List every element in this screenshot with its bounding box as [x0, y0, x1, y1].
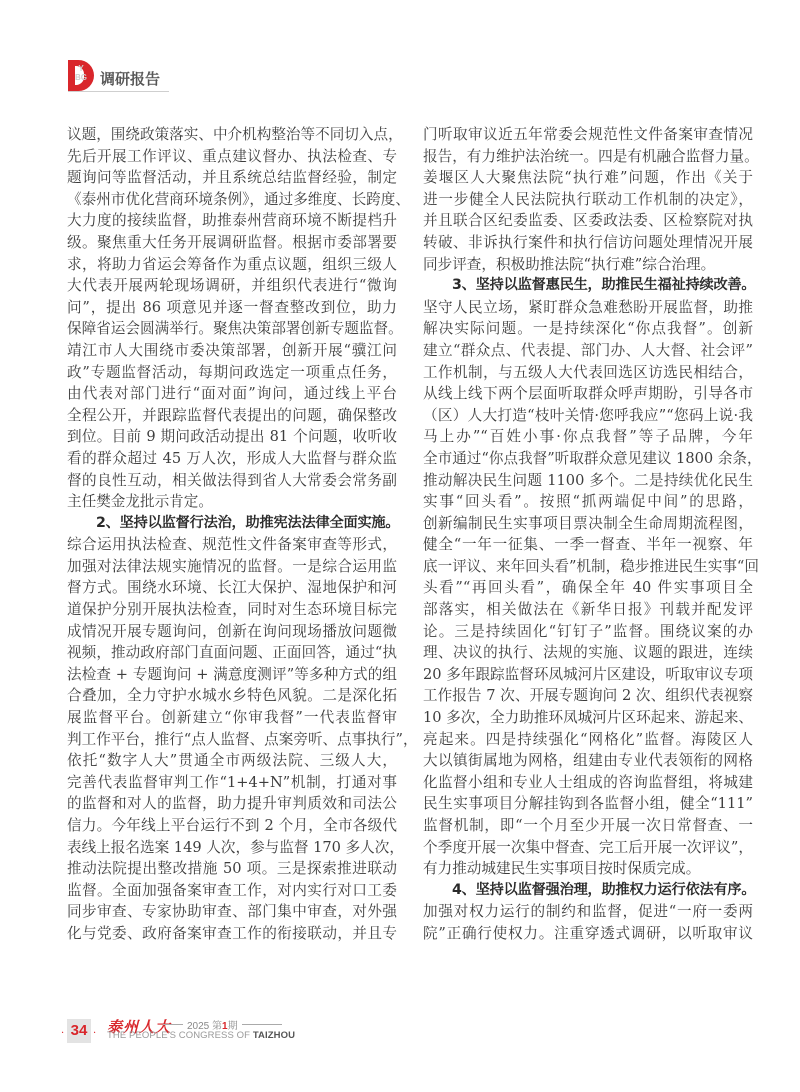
text-line: 级。聚焦重大任务开展调研监督。根据市委部署要 [67, 232, 397, 254]
section-heading: 2、坚持以监督行法治，助推宪法法律全面实施。 [67, 513, 397, 535]
text-line: 督方式。围绕水环境、长江大保护、湿地保护和河 [67, 577, 397, 599]
section-header: Y BG 调研报告 [68, 60, 168, 92]
text-line: 推动法院提出整改措施 50 项。三是探索推进联动 [67, 858, 397, 880]
text-line: 督的良性互动，相关做法得到省人大常委会常务副 [67, 470, 397, 492]
right-text-column: 门听取审议近五年常委会规范性文件备案审查情况报告，有力维护法治统一。四是有机融合… [423, 124, 753, 945]
text-line: 监督机制，即“一个月至少开展一次日常督查、一 [423, 815, 753, 837]
text-line: 实事“回头看”。按照“抓两端促中间”的思路， [423, 491, 753, 513]
text-line: 工作机制，与五级人大代表回选区访选民相结合， [423, 362, 753, 384]
text-line: 部落实，相关做法在《新华日报》刊载并配发评 [423, 599, 753, 621]
text-line: 底一评议、来年回头看”机制，稳步推进民生实事“回 [423, 556, 753, 578]
text-line: 理、决议的执行、法规的实施、议题的跟进，连续 [423, 642, 753, 664]
text-line: 合叠加，全力守护水城水乡特色风貌。二是深化拓 [67, 685, 397, 707]
text-line: 看的群众超过 45 万人次，形成人大监督与群众监 [67, 448, 397, 470]
text-line: 加强对法律法规实施情况的监督。一是综合运用监 [67, 556, 397, 578]
text-line: 依托“数字人大”贯通全市两级法院、三级人大， [67, 750, 397, 772]
text-line: 姜堰区人大聚焦法院“执行难”问题，作出《关于 [423, 167, 753, 189]
text-line: 题询问等监督活动，并且系统总结监督经验，制定 [67, 167, 397, 189]
text-line: 10 多次，全力助推环凤城河片区环起来、游起来、 [423, 707, 753, 729]
text-line: 到位。目前 9 期问政活动提出 81 个问题，收听收 [67, 426, 397, 448]
text-line: 主任樊金龙批示肯定。 [67, 491, 397, 513]
text-line: 民生实事项目分解挂钩到各监督小组，健全“111” [423, 793, 753, 815]
text-line: 靖江市人大围绕市委决策部署，创新开展“骥江问 [67, 340, 397, 362]
text-line: 的监督和对人的监督，助力提升审判质效和司法公 [67, 793, 397, 815]
page-dot-left: · [61, 1028, 64, 1039]
text-line: 成情况开展专题询问，创新在询问现场播放问题微 [67, 621, 397, 643]
text-line: 《泰州市优化营商环境条例》，通过多维度、长跨度、 [67, 189, 397, 211]
issue-rule-left [163, 1024, 183, 1025]
text-line: 建立“群众点、代表提、部门办、人大督、社会评” [423, 340, 753, 362]
section-heading: 4、坚持以监督强治理，助推权力运行依法有序。 [423, 880, 753, 902]
section-title: 调研报告 [100, 68, 160, 89]
text-line: 进一步健全人民法院执行联动工作机制的决定》， [423, 189, 753, 211]
text-line: 有力推动城建民生实事项目按时保质完成。 [423, 858, 753, 880]
text-line: 化监督小组和专业人士组成的咨询监督组，将城建 [423, 772, 753, 794]
text-line: 由代表对部门进行“面对面”询问，通过线上平台 [67, 383, 397, 405]
text-line: 个季度开展一次集中督查、完工后开展一次评议”， [423, 837, 753, 859]
text-line: 大以镇街属地为网格，组建由专业代表领衔的网格 [423, 750, 753, 772]
text-line: 表线上报名选案 149 人次，参与监督 170 多人次， [67, 837, 397, 859]
text-line: 论。三是持续固化“钉钉子”监督。围绕议案的办 [423, 621, 753, 643]
text-line: 报告，有力维护法治统一。四是有机融合监督力量。 [423, 146, 753, 168]
text-line: 问”，提出 86 项意见并逐一督查整改到位，助力 [67, 297, 397, 319]
text-line: 院”正确行使权力。注重穿透式调研，以听取审议 [423, 923, 753, 945]
text-line: 道保护分别开展执法检查，同时对生态环境目标完 [67, 599, 397, 621]
text-line: 法检查 + 专题询问 + 满意度测评”等多种方式的组 [67, 664, 397, 686]
issue-rule-right [242, 1024, 282, 1025]
text-line: 全程公开，并跟踪监督代表提出的问题，确保整改 [67, 405, 397, 427]
text-line: 健全“一年一征集、一季一督查、半年一视察、年 [423, 534, 753, 556]
text-line: 转破、非诉执行案件和执行信访问题处理情况开展 [423, 232, 753, 254]
text-line: 门听取审议近五年常委会规范性文件备案审查情况 [423, 124, 753, 146]
text-line: 亮起来。四是持续强化“网格化”监督。海陵区人 [423, 729, 753, 751]
text-line: 创新编制民生实事项目票决制全生命周期流程图， [423, 513, 753, 535]
left-text-column: 议题，围绕政策落实、中介机构整治等不同切入点，先后开展工作评议、重点建议督办、执… [67, 124, 397, 945]
text-line: （区）人大打造“枝叶关情·您呼我应”“您码上说·我 [423, 405, 753, 427]
page-number: 34 [67, 1019, 91, 1043]
text-line: 判工作平台，推行“点人监督、点案旁听、点事执行”， [67, 729, 397, 751]
text-line: 头看”“再回头看”，确保全年 40 件实事项目全 [423, 577, 753, 599]
text-line: 20 多年跟踪监督环凤城河片区建设，听取审议专项 [423, 664, 753, 686]
text-line: 化与党委、政府备案审查工作的衔接联动，并且专 [67, 923, 397, 945]
text-line: 同步评查，积极助推法院“执行难”综合治理。 [423, 254, 753, 276]
text-line: 视频，推动政府部门直面问题、正面回答，通过“执 [67, 642, 397, 664]
text-line: 保障省运会圆满举行。聚焦决策部署创新专题监督。 [67, 318, 397, 340]
text-line: 先后开展工作评议、重点建议督办、执法检查、专 [67, 146, 397, 168]
text-line: 全市通过“你点我督”听取群众意见建议 1800 余条， [423, 448, 753, 470]
text-line: 监督。全面加强备案审查工作，对内实行对口工委 [67, 880, 397, 902]
text-line: 求，将助力省运会筹备作为重点议题，组织三级人 [67, 254, 397, 276]
text-line: 从线上线下两个层面听取群众呼声期盼，引导各市 [423, 383, 753, 405]
text-line: 推动解决民生问题 1100 多个。二是持续优化民生 [423, 470, 753, 492]
text-line: 加强对权力运行的制约和监督，促进“一府一委两 [423, 901, 753, 923]
text-line: 并且联合区纪委监委、区委政法委、区检察院对执 [423, 210, 753, 232]
text-line: 政”专题监督活动，每期问政选定一项重点任务， [67, 362, 397, 384]
text-line: 大力度的接续监督，助推泰州营商环境不断提档升 [67, 210, 397, 232]
text-line: 展监督平台。创新建立“你审我督”一代表监督审 [67, 707, 397, 729]
text-line: 坚守人民立场，紧盯群众急难愁盼开展监督，助推 [423, 297, 753, 319]
english-name-light: THE PEOPLE'S CONGRESS OF [107, 1030, 250, 1041]
logo-sub-letters: Y BG [75, 64, 87, 82]
text-line: 综合运用执法检查、规范性文件备案审查等形式， [67, 534, 397, 556]
text-line: 马上办”“百姓小事·你点我督”等子品牌，今年 [423, 426, 753, 448]
english-magazine-name: THE PEOPLE'S CONGRESS OF TAIZHOU [107, 1030, 295, 1041]
text-line: 议题，围绕政策落实、中介机构整治等不同切入点， [67, 124, 397, 146]
page-footer: · 34 · 泰州人大 2025 第1期 THE PEOPLE'S CONGRE… [67, 1019, 367, 1049]
english-name-bold: TAIZHOU [253, 1030, 295, 1041]
text-line: 工作报告 7 次、开展专题询问 2 次、组织代表视察 [423, 685, 753, 707]
text-line: 完善代表监督审判工作“1+4+N”机制，打通对事 [67, 772, 397, 794]
text-line: 同步审查、专家协助审查、部门集中审查，对外强 [67, 901, 397, 923]
section-heading: 3、坚持以监督惠民生，助推民生福祉持续改善。 [423, 275, 753, 297]
text-line: 大代表开展两轮现场调研，并组织代表进行“微询 [67, 275, 397, 297]
text-line: 解决实际问题。一是持续深化“你点我督”。创新 [423, 318, 753, 340]
text-line: 信力。今年线上平台运行不到 2 个月，全市各级代 [67, 815, 397, 837]
page-dot-right: · [93, 1028, 96, 1039]
header-divider [68, 91, 169, 92]
